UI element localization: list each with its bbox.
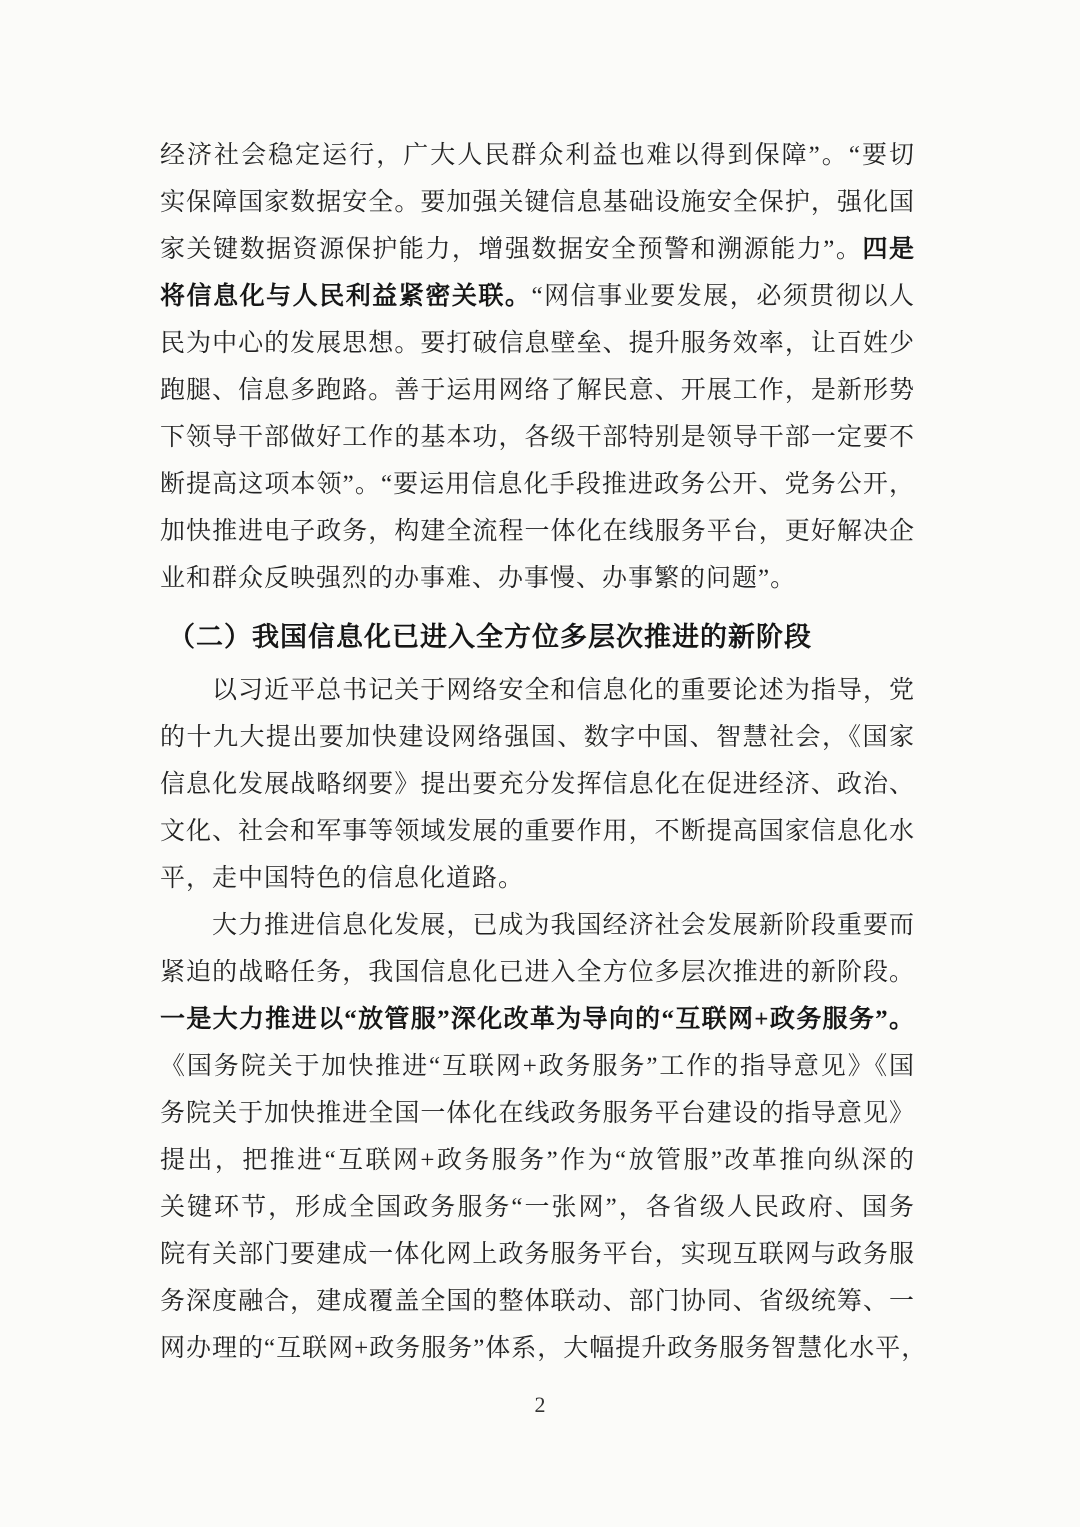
text-run: 经济社会稳定运行，广大人民群众利益也难以得到保障”。“要切 [160, 142, 915, 169]
text-line: 紧迫的战略任务，我国信息化已进入全方位多层次推进的新阶段。 [160, 949, 915, 996]
text-run: 平，走中国特色的信息化道路。 [160, 865, 524, 892]
text-line: 《国务院关于加快推进“互联网+政务服务”工作的指导意见》《国 [160, 1043, 915, 1090]
text-run: 加快推进电子政务，构建全流程一体化在线服务平台，更好解决企 [160, 518, 915, 545]
text-run: 实保障国家数据安全。要加强关键信息基础设施安全保护，强化国 [160, 189, 915, 216]
bold-text-run: 四是 [862, 236, 915, 263]
paragraph: 经济社会稳定运行，广大人民群众利益也难以得到保障”。“要切实保障国家数据安全。要… [160, 132, 915, 602]
text-run: 以习近平总书记关于网络安全和信息化的重要论述为指导，党 [212, 677, 915, 704]
text-run: 下领导干部做好工作的基本功，各级干部特别是领导干部一定要不 [160, 424, 915, 451]
text-run: 务院关于加快推进全国一体化在线政务服务平台建设的指导意见》 [160, 1100, 915, 1127]
page-number: 2 [0, 1392, 1080, 1418]
document-page: 经济社会稳定运行，广大人民群众利益也难以得到保障”。“要切实保障国家数据安全。要… [0, 0, 1080, 1527]
text-run: 大力推进信息化发展，已成为我国经济社会发展新阶段重要而 [212, 912, 915, 939]
text-line: 家关键数据资源保护能力，增强数据安全预警和溯源能力”。四是 [160, 226, 915, 273]
text-line: 的十九大提出要加快建设网络强国、数字中国、智慧社会，《国家 [160, 714, 915, 761]
text-line: 务院关于加快推进全国一体化在线政务服务平台建设的指导意见》 [160, 1090, 915, 1137]
document-content: 经济社会稳定运行，广大人民群众利益也难以得到保障”。“要切实保障国家数据安全。要… [160, 132, 915, 1372]
text-run: 院有关部门要建成一体化网上政务服务平台，实现互联网与政务服 [160, 1241, 915, 1268]
text-line: 大力推进信息化发展，已成为我国经济社会发展新阶段重要而 [160, 902, 915, 949]
text-line: 跑腿、信息多跑路。善于运用网络了解民意、开展工作，是新形势 [160, 367, 915, 414]
text-run: 务深度融合，建成覆盖全国的整体联动、部门协同、省级统筹、一 [160, 1288, 915, 1315]
paragraph: 以习近平总书记关于网络安全和信息化的重要论述为指导，党的十九大提出要加快建设网络… [160, 667, 915, 902]
text-line: 断提高这项本领”。“要运用信息化手段推进政务公开、党务公开， [160, 461, 915, 508]
text-line: 网办理的“互联网+政务服务”体系，大幅提升政务服务智慧化水平， [160, 1325, 915, 1372]
paragraph: 大力推进信息化发展，已成为我国经济社会发展新阶段重要而紧迫的战略任务，我国信息化… [160, 902, 915, 1372]
text-line: 下领导干部做好工作的基本功，各级干部特别是领导干部一定要不 [160, 414, 915, 461]
text-line: 一是大力推进以“放管服”深化改革为导向的“互联网+政务服务”。 [160, 996, 915, 1043]
text-run: 提出，把推进“互联网+政务服务”作为“放管服”改革推向纵深的 [160, 1147, 915, 1174]
text-run: 业和群众反映强烈的办事难、办事慢、办事繁的问题”。 [160, 565, 796, 592]
text-run: 信息化发展战略纲要》提出要充分发挥信息化在促进经济、政治、 [160, 771, 915, 798]
text-line: 文化、社会和军事等领域发展的重要作用，不断提高国家信息化水 [160, 808, 915, 855]
bold-text-run: 将信息化与人民利益紧密关联。 [160, 283, 531, 310]
text-line: 民为中心的发展思想。要打破信息壁垒、提升服务效率，让百姓少 [160, 320, 915, 367]
text-line: （二）我国信息化已进入全方位多层次推进的新阶段 [160, 614, 915, 661]
text-run: 断提高这项本领”。“要运用信息化手段推进政务公开、党务公开， [160, 471, 915, 498]
text-run: 网办理的“互联网+政务服务”体系，大幅提升政务服务智慧化水平， [160, 1335, 927, 1362]
section-heading: （二）我国信息化已进入全方位多层次推进的新阶段 [160, 614, 915, 661]
text-run: 跑腿、信息多跑路。善于运用网络了解民意、开展工作，是新形势 [160, 377, 915, 404]
text-line: 关键环节，形成全国政务服务“一张网”，各省级人民政府、国务 [160, 1184, 915, 1231]
text-run: “网信事业要发展，必须贯彻以人 [531, 283, 915, 310]
text-line: 实保障国家数据安全。要加强关键信息基础设施安全保护，强化国 [160, 179, 915, 226]
text-line: 业和群众反映强烈的办事难、办事慢、办事繁的问题”。 [160, 555, 915, 602]
text-line: 将信息化与人民利益紧密关联。“网信事业要发展，必须贯彻以人 [160, 273, 915, 320]
text-line: 务深度融合，建成覆盖全国的整体联动、部门协同、省级统筹、一 [160, 1278, 915, 1325]
text-line: 提出，把推进“互联网+政务服务”作为“放管服”改革推向纵深的 [160, 1137, 915, 1184]
text-run: 民为中心的发展思想。要打破信息壁垒、提升服务效率，让百姓少 [160, 330, 915, 357]
text-line: 院有关部门要建成一体化网上政务服务平台，实现互联网与政务服 [160, 1231, 915, 1278]
text-line: 平，走中国特色的信息化道路。 [160, 855, 915, 902]
text-line: 以习近平总书记关于网络安全和信息化的重要论述为指导，党 [160, 667, 915, 714]
bold-text-run: （二）我国信息化已进入全方位多层次推进的新阶段 [168, 622, 812, 652]
text-run: 家关键数据资源保护能力，增强数据安全预警和溯源能力”。 [160, 236, 862, 263]
text-line: 信息化发展战略纲要》提出要充分发挥信息化在促进经济、政治、 [160, 761, 915, 808]
text-run: 关键环节，形成全国政务服务“一张网”，各省级人民政府、国务 [160, 1194, 915, 1221]
text-run: 的十九大提出要加快建设网络强国、数字中国、智慧社会，《国家 [160, 724, 915, 751]
bold-text-run: 一是大力推进以“放管服”深化改革为导向的“互联网+政务服务”。 [160, 1006, 915, 1033]
text-run: 文化、社会和军事等领域发展的重要作用，不断提高国家信息化水 [160, 818, 915, 845]
text-line: 加快推进电子政务，构建全流程一体化在线服务平台，更好解决企 [160, 508, 915, 555]
text-run: 紧迫的战略任务，我国信息化已进入全方位多层次推进的新阶段。 [160, 959, 915, 986]
text-line: 经济社会稳定运行，广大人民群众利益也难以得到保障”。“要切 [160, 132, 915, 179]
text-run: 《国务院关于加快推进“互联网+政务服务”工作的指导意见》《国 [160, 1053, 915, 1080]
